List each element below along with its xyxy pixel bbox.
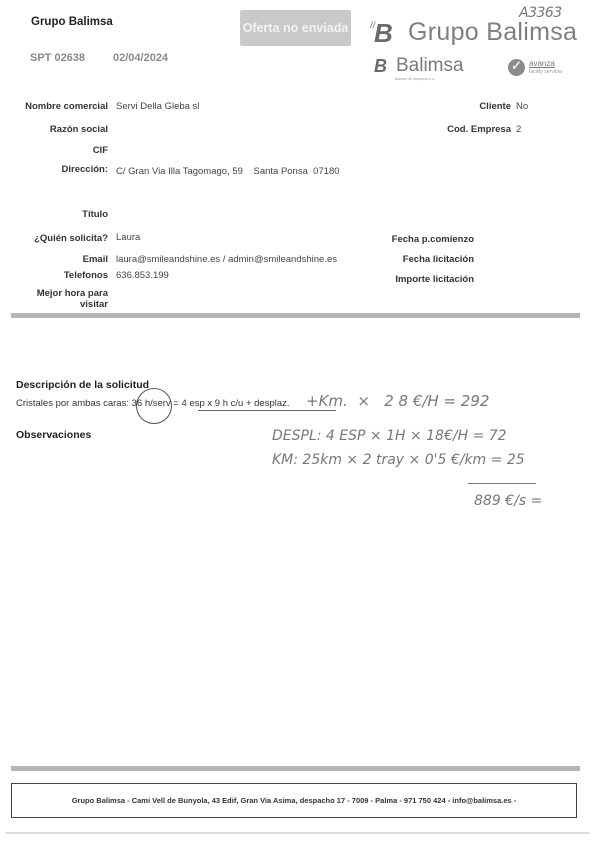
handwritten-note-km: KM: 25km × 2 tray × 0'5 €/km = 25 [272, 452, 525, 468]
quien-solicita-label: ¿Quién solicita? [34, 233, 108, 244]
direccion-label: Dirección: [62, 164, 108, 175]
footer-address: Grupo Balimsa - Cami Vell de Bunyola, 43… [72, 796, 517, 805]
cliente-value: No [516, 101, 528, 112]
cod-empresa-value: 2 [516, 124, 521, 135]
grupo-balimsa-logo: B // Grupo Balimsa [372, 18, 577, 47]
logo-text: Grupo Balimsa [408, 18, 577, 47]
cif-label: CIF [93, 145, 108, 156]
mejor-hora-label: Mejor hora para visitar [37, 288, 108, 310]
nombre-comercial-label: Nombre comercial [25, 101, 108, 112]
observations-title: Observaciones [16, 429, 91, 441]
offer-date: 02/04/2024 [113, 52, 168, 64]
quien-solicita-value: Laura [116, 232, 140, 243]
page-bottom-line [5, 832, 590, 834]
avanza-logo-subtitle: facility services [529, 68, 563, 76]
balimsa-logo-text: Balimsa [396, 56, 464, 76]
balimsa-b-small-icon: B [373, 58, 393, 76]
titulo-label: Título [82, 209, 108, 220]
email-label: Email [83, 254, 108, 265]
telefonos-value: 636.853.199 [116, 270, 169, 281]
handwritten-note-rate: +Km. × 2 8 €/H = 292 [306, 392, 489, 410]
footer-divider [11, 766, 580, 771]
fecha-licitacion-label: Fecha licitación [403, 254, 474, 265]
handwritten-underline [198, 410, 336, 411]
avanza-check-icon [508, 59, 525, 76]
balimsa-b-icon: B // [372, 20, 402, 46]
direccion-value: C/ Gran Via Illa Tagomago, 59 Santa Pons… [116, 166, 340, 177]
razon-social-label: Razón social [50, 124, 108, 135]
telefonos-label: Telefonos [64, 270, 108, 281]
balimsa-logo: B Balimsa Balears de Limpiezas s.a. [373, 56, 464, 76]
importe-licitacion-label: Importe licitación [395, 274, 474, 285]
status-badge: Oferta no enviada [240, 10, 351, 46]
handwritten-circle [136, 388, 172, 424]
offer-reference: SPT 02638 [30, 52, 85, 64]
cliente-label: Cliente [479, 101, 511, 112]
balimsa-logo-subtitle: Balears de Limpiezas s.a. [395, 77, 435, 81]
description-title: Descripción de la solicitud [16, 379, 149, 391]
handwritten-total-line [468, 483, 536, 484]
avanza-logo-text: avanza [529, 59, 555, 68]
section-divider [11, 313, 580, 318]
handwritten-total: 889 €/s = [474, 493, 542, 509]
handwritten-reference: A3363 [519, 5, 562, 21]
footer-address-box: Grupo Balimsa - Cami Vell de Bunyola, 43… [11, 783, 577, 818]
handwritten-note-displacement: DESPL: 4 ESP × 1H × 18€/H = 72 [272, 428, 507, 444]
cod-empresa-label: Cod. Empresa [447, 124, 511, 135]
avanza-logo: avanza facility services [508, 58, 563, 76]
email-value: laura@smileandshine.es / admin@smileands… [116, 254, 337, 265]
nombre-comercial-value: Servi Della Gleba sl [116, 101, 199, 112]
fecha-comienzo-label: Fecha p.comienzo [392, 234, 474, 245]
company-name: Grupo Balimsa [31, 16, 113, 28]
